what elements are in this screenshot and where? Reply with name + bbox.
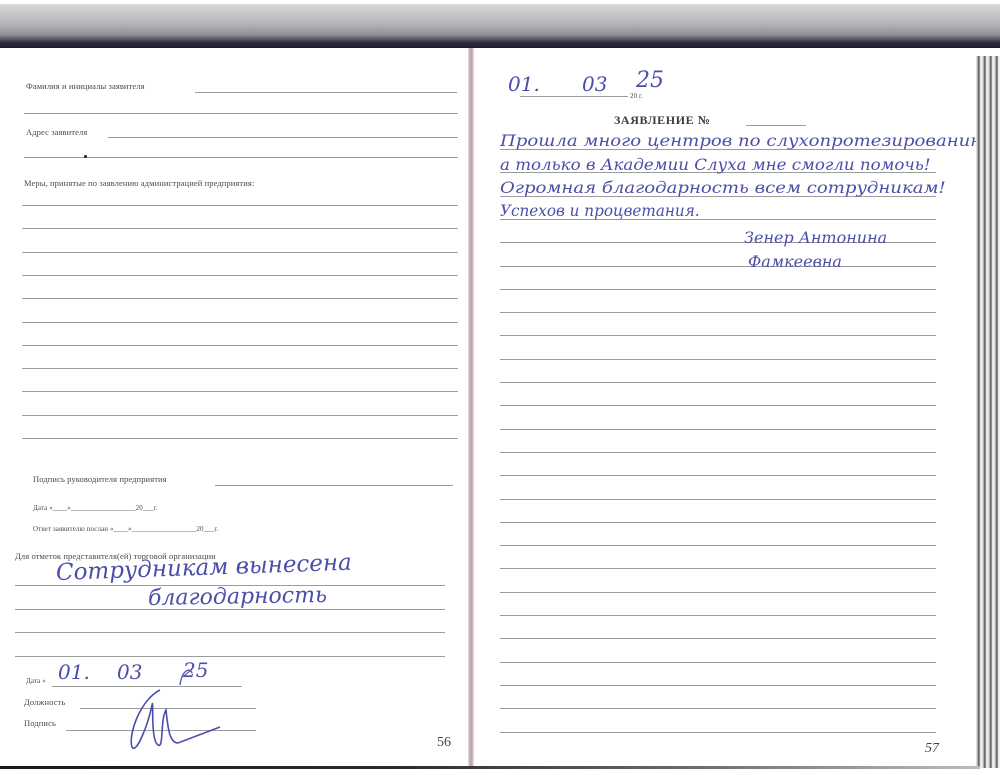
- measures-line-10: [22, 415, 458, 416]
- measures-line-2: [22, 228, 458, 229]
- statement-line-rule-24: [500, 685, 936, 686]
- statement-line-rule-19: [500, 568, 936, 569]
- representative-note-line-2: благодарность: [148, 583, 327, 611]
- statement-line-3: Огромная благодарность всем сотрудникам!: [500, 178, 946, 197]
- statement-line-rule-7: [500, 289, 936, 290]
- statement-line-rule-26: [500, 732, 936, 733]
- measures-line-5: [22, 298, 458, 299]
- scanner-bottom-edge: [0, 766, 980, 769]
- notes-line-3: [15, 632, 445, 633]
- statement-line-rule-17: [500, 522, 936, 523]
- statement-line-rule-9: [500, 335, 936, 336]
- statement-line-rule-13: [500, 429, 936, 430]
- statement-title: ЗАЯВЛЕНИЕ №: [614, 113, 711, 128]
- measures-line-4: [22, 275, 458, 276]
- date-day: 01.: [58, 660, 90, 684]
- statement-line-rule-8: [500, 312, 936, 313]
- statement-date-year: 25: [636, 68, 664, 93]
- statement-line-2: а только в Академии Слуха мне смогли пом…: [500, 155, 931, 174]
- measures-line-7: [22, 345, 458, 346]
- left-page: [0, 48, 468, 766]
- applicant-address-label: Адрес заявителя: [26, 127, 87, 137]
- notes-line-4: [15, 656, 445, 657]
- scanner-top-shadow: [0, 4, 1000, 48]
- measures-line-8: [22, 368, 458, 369]
- manager-signature: [120, 665, 230, 755]
- statement-line-1: Прошла много центров по слухопротезирова…: [500, 131, 992, 150]
- reply-sent-line: Ответ заявителю послан «____»___________…: [33, 525, 218, 533]
- applicant-address-line: [108, 137, 458, 138]
- statement-line-rule-6: [500, 266, 936, 267]
- applicant-name-line: [195, 92, 457, 93]
- author-signature-line-1: Зенер Антонина: [744, 228, 887, 247]
- statement-line-rule-18: [500, 545, 936, 546]
- statement-line-rule-16: [500, 499, 936, 500]
- statement-date-month: 03: [582, 72, 607, 96]
- statement-line-rule-25: [500, 708, 936, 709]
- measures-line-6: [22, 322, 458, 323]
- statement-line-rule-15: [500, 475, 936, 476]
- statement-line-rule-23: [500, 662, 936, 663]
- author-signature-line-2: Фамкеевна: [748, 252, 842, 271]
- measures-line-11: [22, 438, 458, 439]
- page-number-left: 56: [437, 735, 451, 751]
- date-line: Дата «____»__________________20___г.: [33, 504, 158, 512]
- manager-signature-label: Подпись руководителя предприятия: [33, 474, 167, 484]
- applicant-name-label: Фамилия и инициалы заявителя: [26, 81, 145, 91]
- statement-date-line: [520, 96, 628, 97]
- pen-dot: [84, 155, 87, 158]
- statement-line-rule-20: [500, 592, 936, 593]
- date-label: Дата «: [26, 677, 46, 685]
- statement-date-suffix: 20 г.: [630, 92, 643, 100]
- applicant-name-line-2: [24, 113, 458, 114]
- statement-line-rule-12: [500, 405, 936, 406]
- page-stack-edge: [976, 56, 1000, 768]
- measures-line-9: [22, 391, 458, 392]
- measures-line-1: [22, 205, 458, 206]
- statement-line-4: Успехов и процветания.: [500, 201, 700, 220]
- statement-line-rule-10: [500, 359, 936, 360]
- statement-line-rule-14: [500, 452, 936, 453]
- statement-line-rule-22: [500, 638, 936, 639]
- statement-line-rule-11: [500, 382, 936, 383]
- applicant-address-line-2: [24, 157, 458, 158]
- page-number-right: 57: [925, 741, 939, 757]
- measures-label: Меры, принятые по заявлению администраци…: [24, 178, 254, 188]
- measures-line-3: [22, 252, 458, 253]
- position-label: Должность: [24, 697, 65, 707]
- statement-date-day: 01.: [508, 72, 540, 96]
- signature-label: Подпись: [24, 718, 56, 728]
- statement-line-rule-21: [500, 615, 936, 616]
- manager-signature-line: [215, 485, 453, 486]
- statement-number-line: [746, 125, 806, 126]
